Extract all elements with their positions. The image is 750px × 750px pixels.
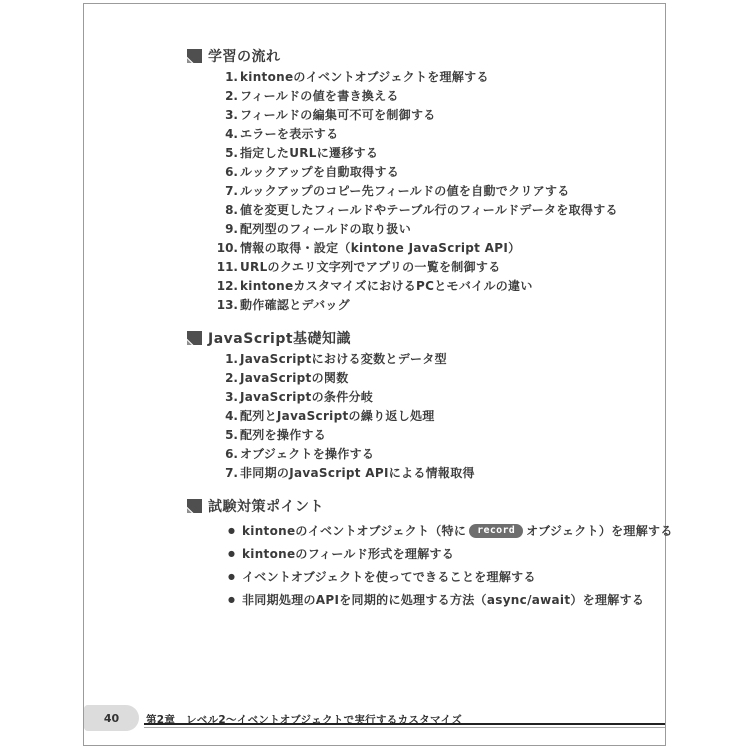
list-item: 7.非同期のJavaScript APIによる情報取得 [212,463,475,482]
list-number: 5. [212,146,238,160]
bullet-item: ● kintoneのイベントオブジェクト（特にrecordオブジェクト）を理解す… [228,519,673,542]
list-item: 2.フィールドの値を書き換える [212,86,618,105]
footer-rule-thin [144,727,665,728]
list-item: 7.ルックアップのコピー先フィールドの値を自動でクリアする [212,181,618,200]
list-item: 9.配列型のフィールドの取り扱い [212,219,618,238]
list-number: 8. [212,203,238,217]
section-heading-javascript-basics: JavaScript基礎知識 [187,330,351,346]
list-item-text: ルックアップを自動取得する [240,163,399,180]
list-item: 3.JavaScriptの条件分岐 [212,387,475,406]
learning-flow-list: 1.kintoneのイベントオブジェクトを理解する 2.フィールドの値を書き換え… [212,67,618,314]
bullet-icon: ● [228,595,240,604]
list-number: 3. [212,390,238,404]
page-number-badge: 40 [84,705,139,731]
list-item-text: オブジェクトを操作する [240,445,374,462]
list-number: 3. [212,108,238,122]
section-heading-learning-flow: 学習の流れ [187,48,281,64]
list-item-text: エラーを表示する [240,125,338,142]
list-item: 8.値を変更したフィールドやテーブル行のフィールドデータを取得する [212,200,618,219]
footer-rule-thick [144,723,665,725]
list-item: 4.エラーを表示する [212,124,618,143]
list-item-text: 値を変更したフィールドやテーブル行のフィールドデータを取得する [240,201,618,218]
list-item: 3.フィールドの編集可不可を制御する [212,105,618,124]
list-item-text: 配列型のフィールドの取り扱い [240,220,411,237]
list-item: 4.配列とJavaScriptの繰り返し処理 [212,406,475,425]
list-item: 10.情報の取得・設定（kintone JavaScript API） [212,238,618,257]
section-heading-exam-points: 試験対策ポイント [187,498,324,514]
list-item-text: 指定したURLに遷移する [240,144,378,161]
list-item-text: JavaScriptにおける変数とデータ型 [240,350,447,367]
list-item: 6.ルックアップを自動取得する [212,162,618,181]
folded-square-icon [187,49,202,63]
list-number: 10. [212,241,238,255]
list-number: 13. [212,298,238,312]
list-number: 2. [212,89,238,103]
list-item: 12.kintoneカスタマイズにおけるPCとモバイルの違い [212,276,618,295]
bullet-icon: ● [228,549,240,558]
bullet-text-pre: kintoneのイベントオブジェクト（特に [242,524,466,538]
list-item: 1.kintoneのイベントオブジェクトを理解する [212,67,618,86]
list-item-text: 配列を操作する [240,426,326,443]
bullet-icon: ● [228,572,240,581]
list-number: 1. [212,352,238,366]
list-item-text: 配列とJavaScriptの繰り返し処理 [240,407,435,424]
list-item: 6.オブジェクトを操作する [212,444,475,463]
bullet-item: ● 非同期処理のAPIを同期的に処理する方法（async/await）を理解する [228,588,673,611]
list-number: 11. [212,260,238,274]
folded-square-icon [187,331,202,345]
javascript-basics-list: 1.JavaScriptにおける変数とデータ型 2.JavaScriptの関数 … [212,349,475,482]
list-item-text: 動作確認とデバッグ [240,296,350,313]
book-page: 学習の流れ 1.kintoneのイベントオブジェクトを理解する 2.フィールドの… [83,3,666,746]
list-number: 4. [212,127,238,141]
bullet-item-text: 非同期処理のAPIを同期的に処理する方法（async/await）を理解する [242,591,644,608]
list-item-text: JavaScriptの条件分岐 [240,388,373,405]
exam-points-list: ● kintoneのイベントオブジェクト（特にrecordオブジェクト）を理解す… [228,519,673,611]
list-number: 6. [212,447,238,461]
list-item: 11.URLのクエリ文字列でアプリの一覧を制御する [212,257,618,276]
list-item-text: URLのクエリ文字列でアプリの一覧を制御する [240,258,501,275]
bullet-text-post: オブジェクト）を理解する [526,524,673,538]
list-number: 7. [212,466,238,480]
bullet-item-text: kintoneのフィールド形式を理解する [242,545,454,562]
list-number: 2. [212,371,238,385]
section-title: 試験対策ポイント [208,496,324,516]
list-item: 5.配列を操作する [212,425,475,444]
bullet-item-text: kintoneのイベントオブジェクト（特にrecordオブジェクト）を理解する [242,522,673,539]
list-item-text: フィールドの値を書き換える [240,87,399,104]
list-item-text: フィールドの編集可不可を制御する [240,106,436,123]
list-number: 9. [212,222,238,236]
list-item-text: 情報の取得・設定（kintone JavaScript API） [240,239,520,256]
list-item-text: ルックアップのコピー先フィールドの値を自動でクリアする [240,182,570,199]
list-item-text: JavaScriptの関数 [240,369,349,386]
bullet-item: ● kintoneのフィールド形式を理解する [228,542,673,565]
section-title: 学習の流れ [208,46,281,66]
list-item-text: kintoneカスタマイズにおけるPCとモバイルの違い [240,277,533,294]
list-number: 12. [212,279,238,293]
list-number: 6. [212,165,238,179]
list-number: 5. [212,428,238,442]
list-item-text: 非同期のJavaScript APIによる情報取得 [240,464,475,481]
bullet-item-text: イベントオブジェクトを使ってできることを理解する [242,568,536,585]
list-number: 7. [212,184,238,198]
list-item: 2.JavaScriptの関数 [212,368,475,387]
section-title: JavaScript基礎知識 [208,328,351,348]
list-number: 1. [212,70,238,84]
list-item: 13.動作確認とデバッグ [212,295,618,314]
list-item: 5.指定したURLに遷移する [212,143,618,162]
bullet-item: ● イベントオブジェクトを使ってできることを理解する [228,565,673,588]
folded-square-icon [187,499,202,513]
list-item: 1.JavaScriptにおける変数とデータ型 [212,349,475,368]
record-badge: record [469,524,523,538]
list-item-text: kintoneのイベントオブジェクトを理解する [240,68,489,85]
list-number: 4. [212,409,238,423]
bullet-icon: ● [228,526,240,535]
